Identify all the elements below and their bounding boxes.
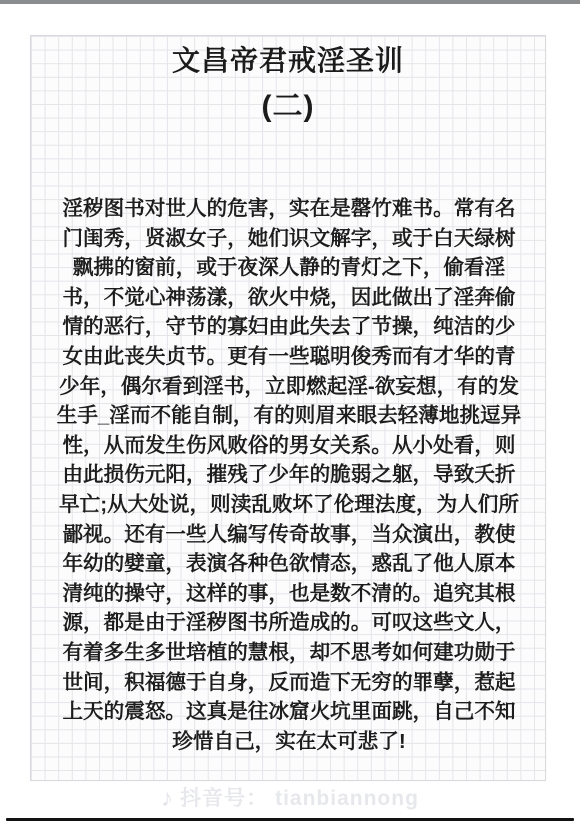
grid-paper-card: 文昌帝君戒淫圣训 (二) 淫秽图书对世人的危害，实在是罄竹难书。常有名 门闺秀，… [30, 35, 546, 781]
watermark-platform-label: 抖音号： [180, 787, 268, 811]
page-subtitle: (二) [31, 89, 545, 125]
bottom-rule [6, 818, 574, 821]
top-edge-bar [0, 0, 580, 4]
douyin-note-icon: ♪ [161, 787, 173, 811]
watermark-handle: tianbiannong [275, 787, 419, 811]
page: 文昌帝君戒淫圣训 (二) 淫秽图书对世人的危害，实在是罄竹难书。常有名 门闺秀，… [0, 0, 580, 824]
body-text: 淫秽图书对世人的危害，实在是罄竹难书。常有名 门闺秀，贤淑女子，她们识文解字，或… [49, 194, 529, 756]
watermark: ♪ 抖音号： tianbiannong [0, 784, 580, 814]
page-title: 文昌帝君戒淫圣训 [31, 43, 545, 79]
